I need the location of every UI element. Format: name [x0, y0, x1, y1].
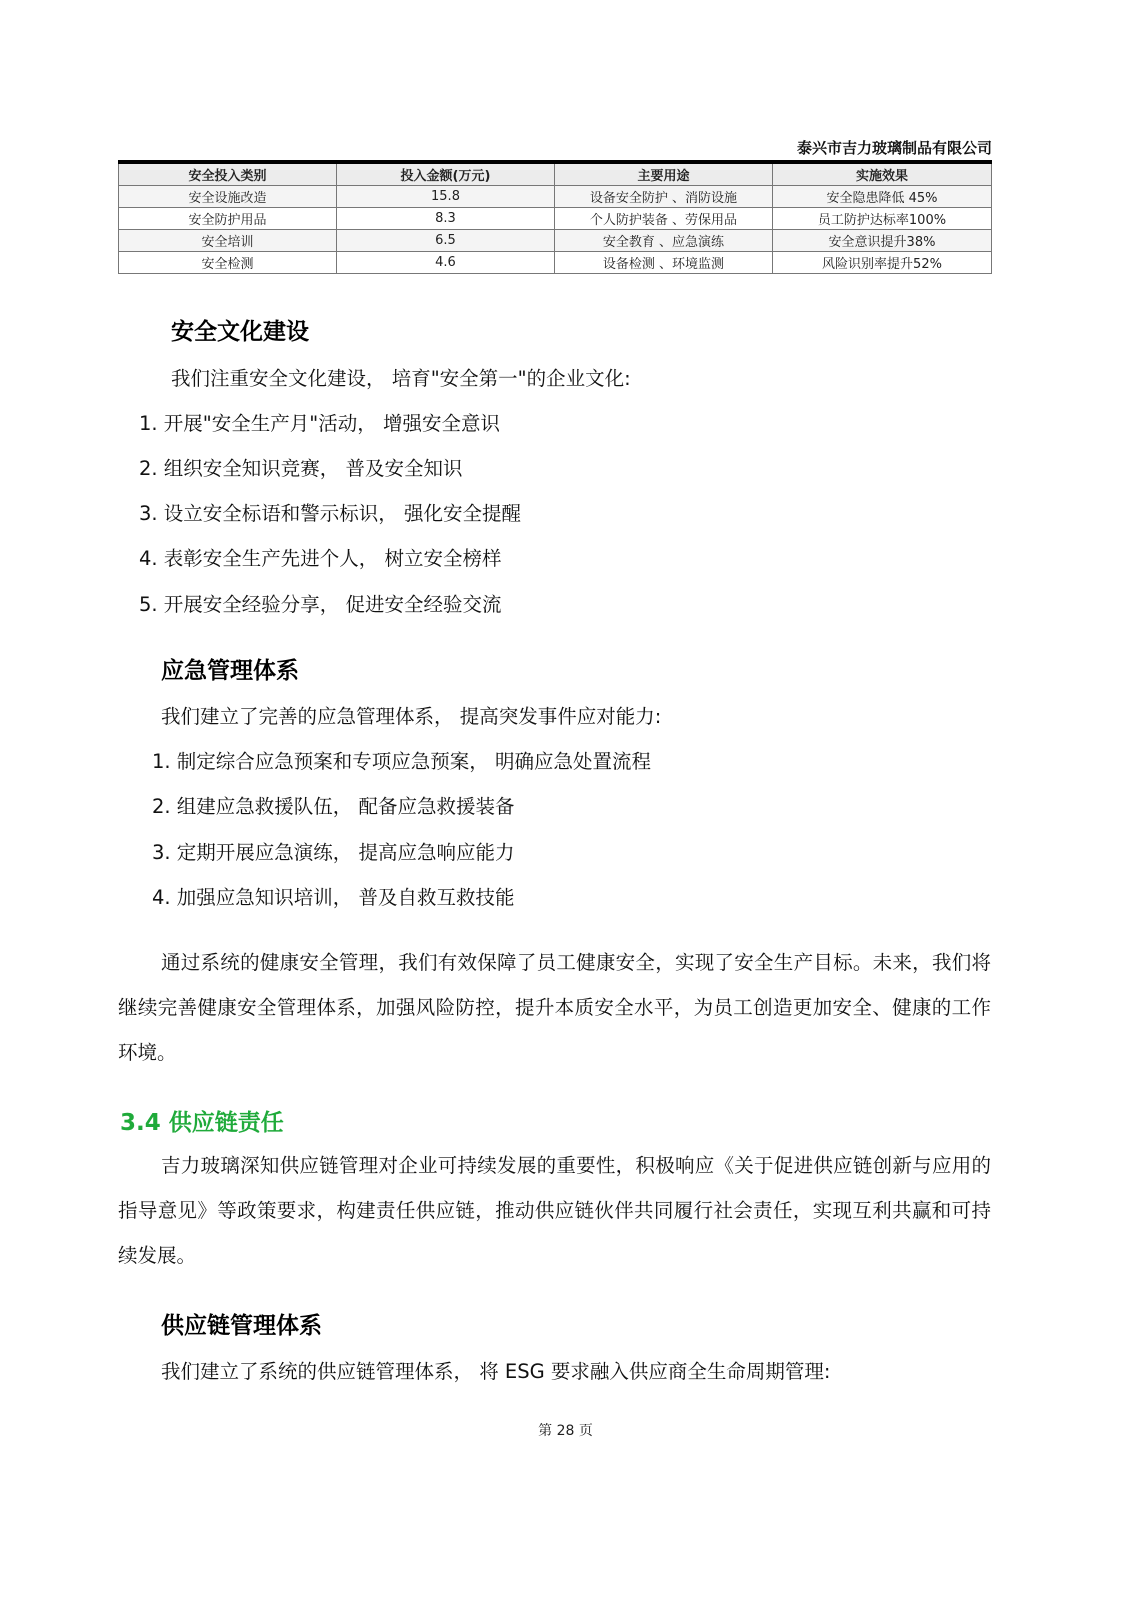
safety-culture-intro: 我们注重安全文化建设， 培育"安全第一"的企业文化:	[171, 363, 631, 391]
table-cell: 安全防护用品	[119, 208, 337, 230]
table-header-row: 安全投入类别 投入金额(万元) 主要用途 实施效果	[119, 162, 992, 186]
summary-paragraph: 通过系统的健康安全管理，我们有效保障了员工健康安全，实现了安全生产目标。未来，我…	[118, 940, 991, 1075]
column-header: 主要用途	[555, 162, 773, 186]
list-item: 2. 组建应急救援队伍， 配备应急救援装备	[152, 791, 515, 819]
table-cell: 安全设施改造	[119, 186, 337, 208]
list-item: 3. 设立安全标语和警示标识， 强化安全提醒	[139, 498, 521, 526]
table-cell: 风险识别率提升52%	[773, 252, 992, 274]
table-cell: 安全培训	[119, 230, 337, 252]
table-row: 安全防护用品 8.3 个人防护装备 、劳保用品 员工防护达标率100%	[119, 208, 992, 230]
list-item: 2. 组织安全知识竞赛， 普及安全知识	[139, 453, 463, 481]
table-row: 安全检测 4.6 设备检测 、环境监测 风险识别率提升52%	[119, 252, 992, 274]
table-cell: 员工防护达标率100%	[773, 208, 992, 230]
heading-safety-culture: 安全文化建设	[171, 313, 309, 346]
page-number: 第 28 页	[0, 1420, 1131, 1440]
list-item: 4. 表彰安全生产先进个人， 树立安全榜样	[139, 543, 502, 571]
list-item: 1. 开展"安全生产月"活动， 增强安全意识	[139, 408, 500, 436]
heading-supply-chain-system: 供应链管理体系	[161, 1307, 322, 1340]
table-cell: 安全意识提升38%	[773, 230, 992, 252]
table-cell: 设备检测 、环境监测	[555, 252, 773, 274]
table-cell: 安全检测	[119, 252, 337, 274]
table-cell: 4.6	[337, 252, 555, 274]
safety-investment-table: 安全投入类别 投入金额(万元) 主要用途 实施效果 安全设施改造 15.8 设备…	[118, 160, 992, 274]
list-item: 5. 开展安全经验分享， 促进安全经验交流	[139, 589, 502, 617]
list-item: 1. 制定综合应急预案和专项应急预案， 明确应急处置流程	[152, 746, 651, 774]
table-row: 安全培训 6.5 安全教育 、应急演练 安全意识提升38%	[119, 230, 992, 252]
supply-chain-intro: 吉力玻璃深知供应链管理对企业可持续发展的重要性，积极响应《关于促进供应链创新与应…	[118, 1143, 991, 1278]
list-item: 4. 加强应急知识培训， 普及自救互救技能	[152, 882, 515, 910]
table-cell: 设备安全防护 、消防设施	[555, 186, 773, 208]
table-cell: 安全隐患降低 45%	[773, 186, 992, 208]
table-cell: 15.8	[337, 186, 555, 208]
table-cell: 安全教育 、应急演练	[555, 230, 773, 252]
column-header: 实施效果	[773, 162, 992, 186]
supply-chain-system-intro: 我们建立了系统的供应链管理体系， 将 ESG 要求融入供应商全生命周期管理:	[161, 1356, 830, 1384]
list-item: 3. 定期开展应急演练， 提高应急响应能力	[152, 837, 515, 865]
column-header: 投入金额(万元)	[337, 162, 555, 186]
table-cell: 8.3	[337, 208, 555, 230]
company-name-header: 泰兴市吉力玻璃制品有限公司	[797, 137, 992, 158]
table-cell: 6.5	[337, 230, 555, 252]
section-title-supply-chain: 3.4 供应链责任	[120, 1104, 284, 1137]
table-cell: 个人防护装备 、劳保用品	[555, 208, 773, 230]
emergency-intro: 我们建立了完善的应急管理体系， 提高突发事件应对能力:	[161, 701, 661, 729]
heading-emergency-management: 应急管理体系	[161, 652, 299, 685]
table-row: 安全设施改造 15.8 设备安全防护 、消防设施 安全隐患降低 45%	[119, 186, 992, 208]
column-header: 安全投入类别	[119, 162, 337, 186]
